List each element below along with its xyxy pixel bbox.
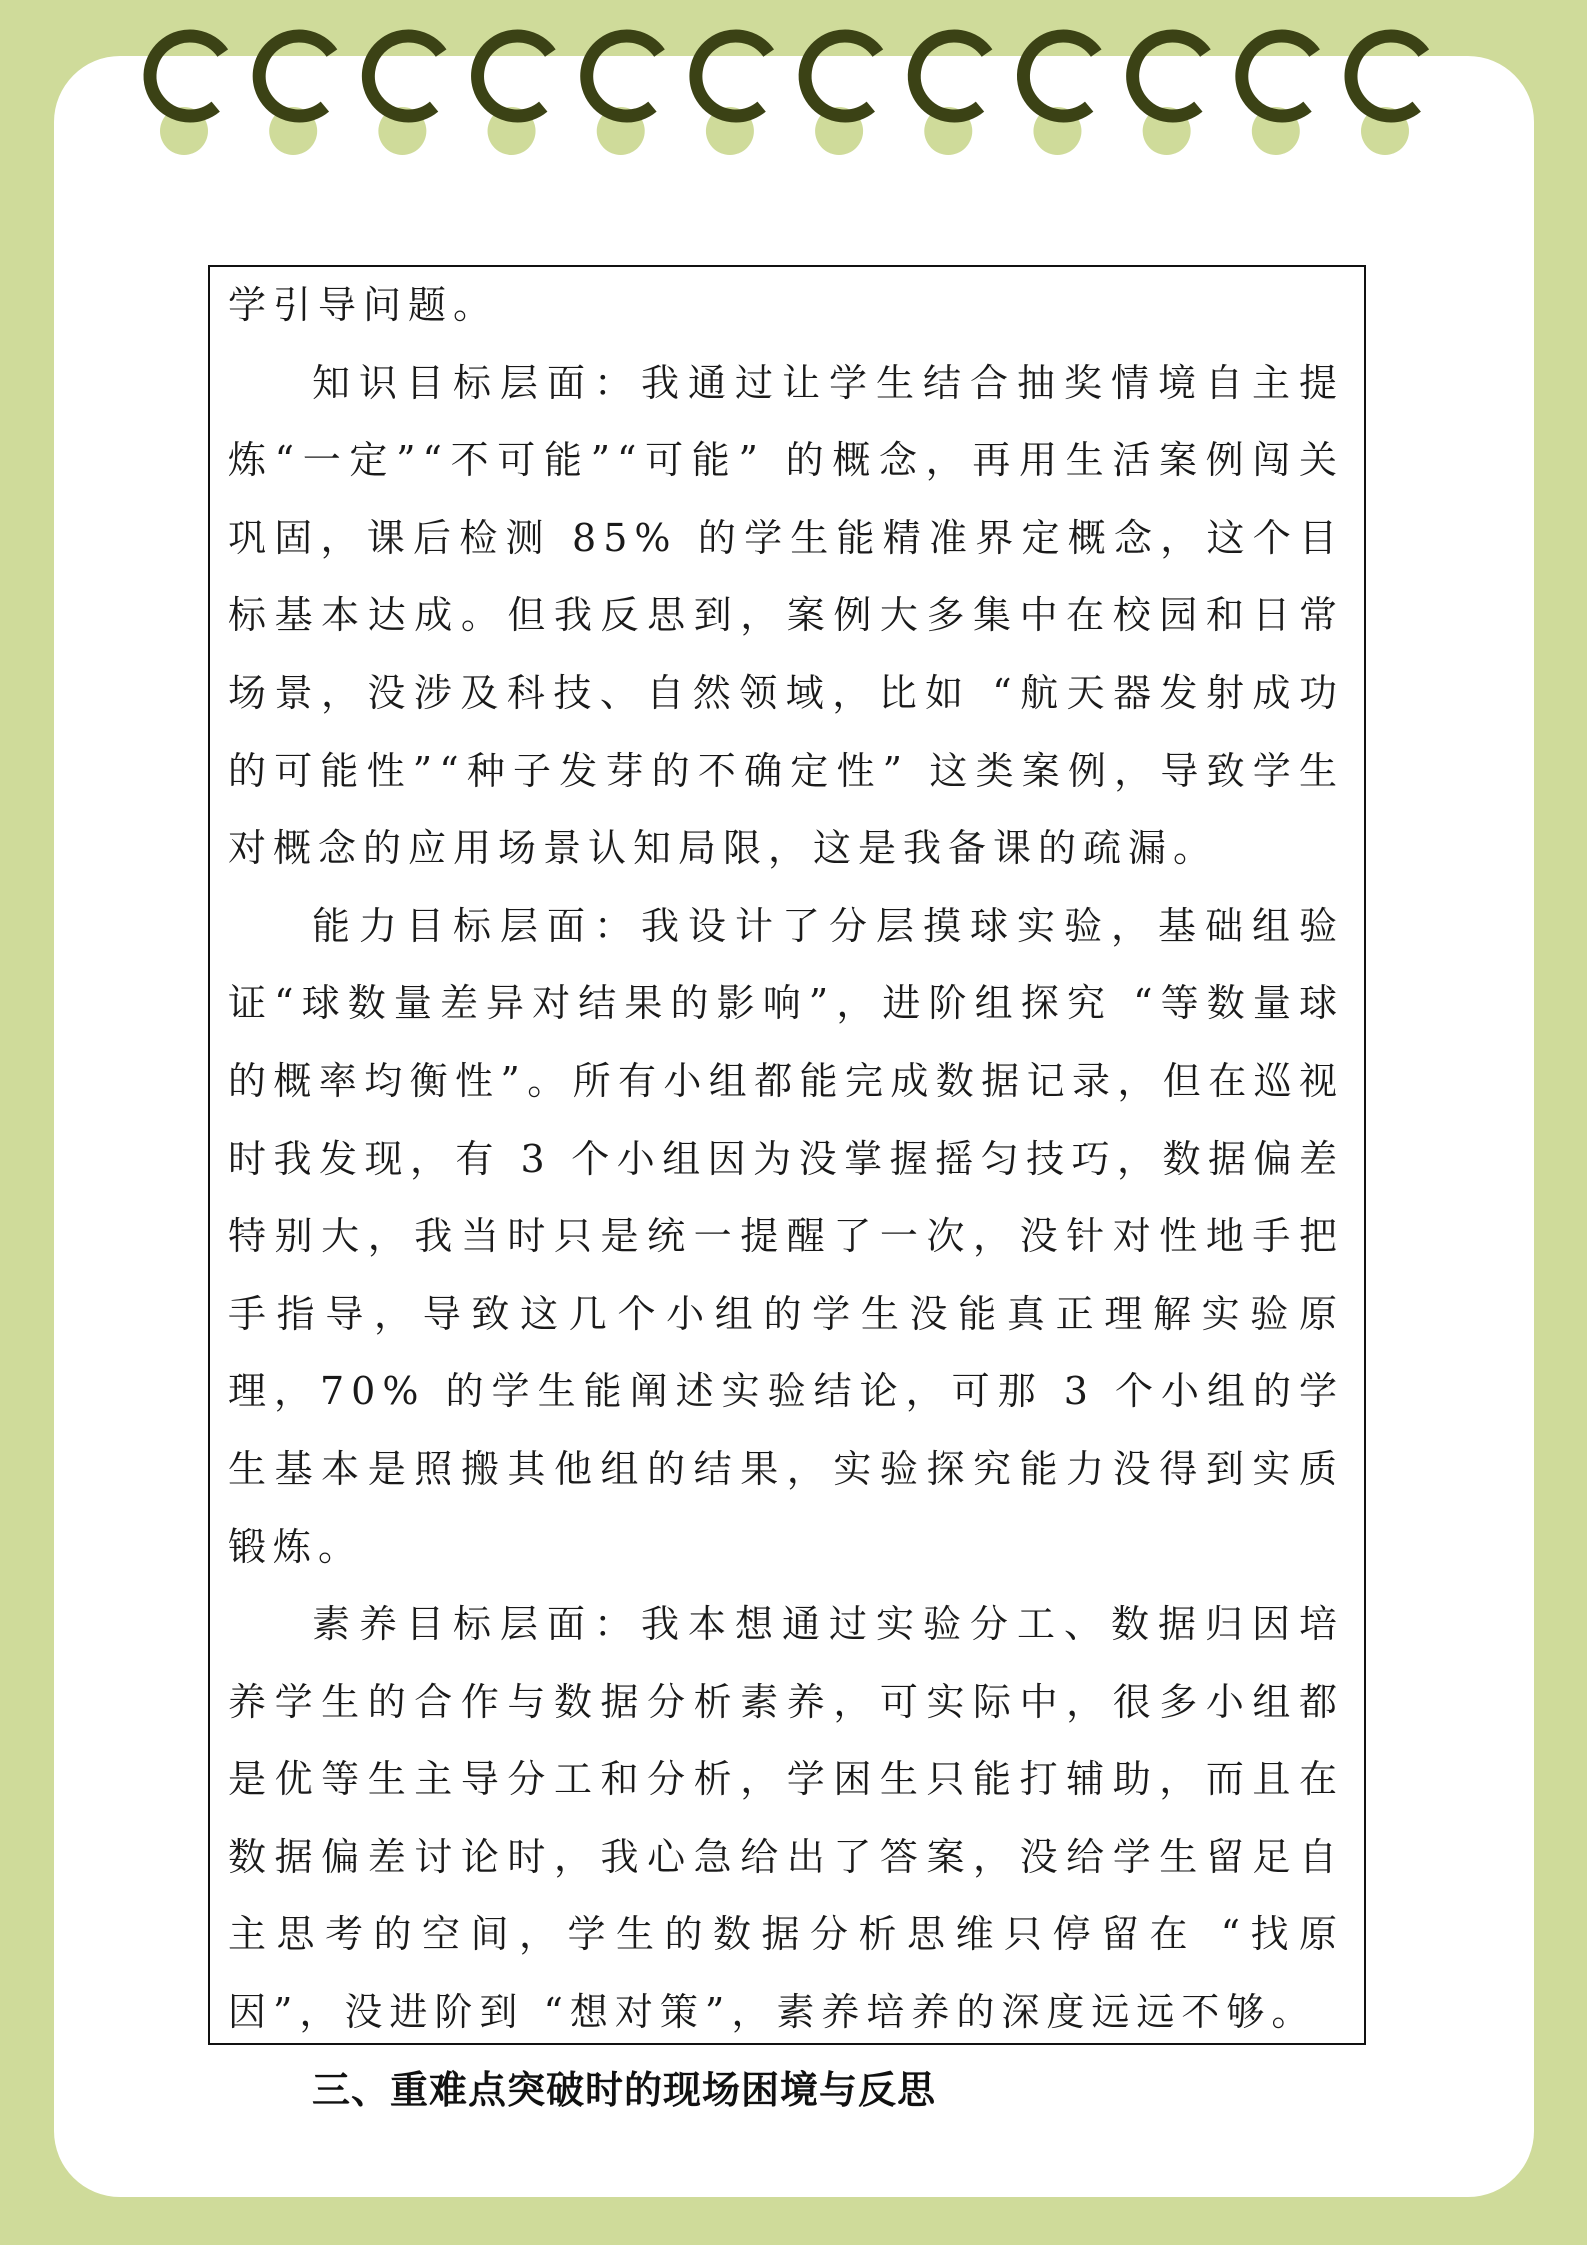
spiral-binding: [0, 0, 1587, 170]
spiral-ring-icon: [1242, 36, 1315, 155]
paragraph-knowledge-goal: 知识目标层面：我通过让学生结合抽奖情境自主提炼“一定”“不可能”“可能” 的概念…: [228, 345, 1344, 888]
spiral-ring-icon: [1351, 36, 1424, 155]
spiral-ring-icon: [914, 36, 987, 155]
paragraph-literacy-goal: 素养目标层面：我本想通过实验分工、数据归因培养学生的合作与数据分析素养，可实际中…: [228, 1586, 1344, 2052]
spiral-ring-icon: [150, 36, 223, 155]
paragraph-continuation: 学引导问题。: [228, 267, 1344, 345]
spiral-ring-icon: [805, 36, 878, 155]
section-heading: 三、重难点突破时的现场困境与反思: [228, 2052, 1344, 2130]
paragraph-ability-goal: 能力目标层面：我设计了分层摸球实验，基础组验证“球数量差异对结果的影响”，进阶组…: [228, 888, 1344, 1586]
spiral-ring-icon: [478, 36, 551, 155]
spiral-ring-icon: [368, 36, 441, 155]
spiral-ring-icon: [259, 36, 332, 155]
document-text-box: 学引导问题。 知识目标层面：我通过让学生结合抽奖情境自主提炼“一定”“不可能”“…: [208, 265, 1366, 2045]
spiral-ring-icon: [1023, 36, 1096, 155]
spiral-ring-icon: [587, 36, 660, 155]
spiral-ring-icon: [1133, 36, 1206, 155]
spiral-ring-icon: [696, 36, 769, 155]
